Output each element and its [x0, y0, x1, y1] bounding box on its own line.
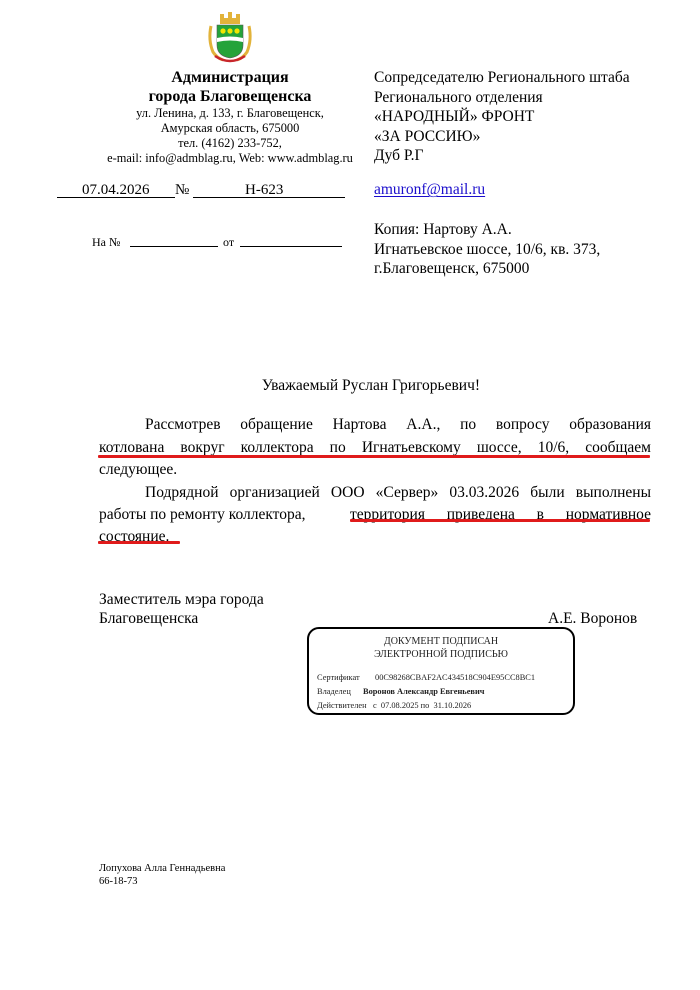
copy-address-line: Игнатьевское шоссе, 10/6, кв. 373, — [374, 240, 600, 259]
stamp-validity-row: Действителенс 07.08.2025 по 31.10.2026 — [317, 700, 471, 711]
body-text-line: работы по ремонту коллектора, территория… — [99, 505, 651, 525]
addressee-line: Регионального отделения — [374, 88, 543, 107]
number-label: № — [175, 180, 189, 200]
certificate-value: 00C98268CBAF2AC434518C904E95CC8BC1 — [375, 673, 535, 682]
stamp-certificate-row: Сертификат00C98268CBAF2AC434518C904E95CC… — [317, 672, 535, 683]
validity-value: с 07.08.2025 по 31.10.2026 — [373, 701, 471, 710]
signer-position-line1: Заместитель мэра города — [99, 590, 264, 610]
registration-line: 07.04.2026 № Н-623 — [57, 180, 347, 200]
sender-contacts-line: e-mail: info@admblag.ru, Web: www.admbla… — [92, 151, 368, 167]
highlight-underline — [98, 541, 180, 544]
stamp-owner-row: ВладелецВоронов Александр Евгеньевич — [317, 686, 485, 697]
sender-org-name-line1: Администрация — [92, 68, 368, 88]
body-text-line: Рассмотрев обращение Нартова А.А., по во… — [99, 415, 651, 435]
stamp-title-line1: ДОКУМЕНТ ПОДПИСАН — [309, 635, 573, 648]
addressee-name: Дуб Р.Г — [374, 146, 423, 165]
body-text-line: следующее. — [99, 460, 651, 480]
reference-date-field — [240, 246, 342, 247]
highlight-underline — [350, 519, 650, 522]
highlight-underline — [98, 455, 650, 458]
reference-date-label: от — [223, 234, 234, 250]
body-text-line: Подрядной организацией ООО «Сервер» 03.0… — [99, 483, 651, 503]
body-text-line-highlighted: состояние. — [99, 527, 651, 547]
signer-name: А.Е. Воронов — [548, 609, 637, 629]
signer-position-line2: Благовещенска — [99, 609, 198, 629]
certificate-label: Сертификат — [317, 672, 375, 683]
addressee-line: Сопредседателю Регионального штаба — [374, 68, 630, 87]
owner-label: Владелец — [317, 686, 363, 697]
coat-of-arms-icon — [205, 12, 255, 64]
sender-phone-line: тел. (4162) 233-752, — [92, 136, 368, 152]
body-text-segment-highlighted: территория приведена в нормативное — [350, 505, 651, 525]
owner-value: Воронов Александр Евгеньевич — [363, 687, 485, 696]
body-text-segment: работы по ремонту коллектора, — [99, 506, 306, 523]
executor-name: Лопухова Алла Геннадьевна — [99, 862, 225, 875]
greeting: Уважаемый Руслан Григорьевич! — [0, 376, 700, 396]
validity-label: Действителен — [317, 700, 373, 711]
executor-phone: 66-18-73 — [99, 875, 138, 888]
document-number: Н-623 — [245, 180, 283, 200]
addressee-email-link[interactable]: amuronf@mail.ru — [374, 180, 485, 199]
stamp-title-line2: ЭЛЕКТРОННОЙ ПОДПИСЬЮ — [309, 648, 573, 661]
addressee-line: «НАРОДНЫЙ» ФРОНТ — [374, 107, 534, 126]
electronic-signature-stamp: ДОКУМЕНТ ПОДПИСАН ЭЛЕКТРОННОЙ ПОДПИСЬЮ С… — [307, 627, 575, 715]
reference-number-field — [130, 246, 218, 247]
addressee-line: «ЗА РОССИЮ» — [374, 127, 480, 146]
copy-address-line: г.Благовещенск, 675000 — [374, 259, 529, 278]
sender-address-line: ул. Ленина, д. 133, г. Благовещенск, — [92, 106, 368, 122]
copy-recipient: Копия: Нартову А.А. — [374, 220, 512, 239]
sender-address-line: Амурская область, 675000 — [92, 121, 368, 137]
document-date: 07.04.2026 — [82, 180, 150, 200]
sender-org-name-line2: города Благовещенска — [92, 87, 368, 107]
reference-number-label: На № — [92, 234, 120, 250]
